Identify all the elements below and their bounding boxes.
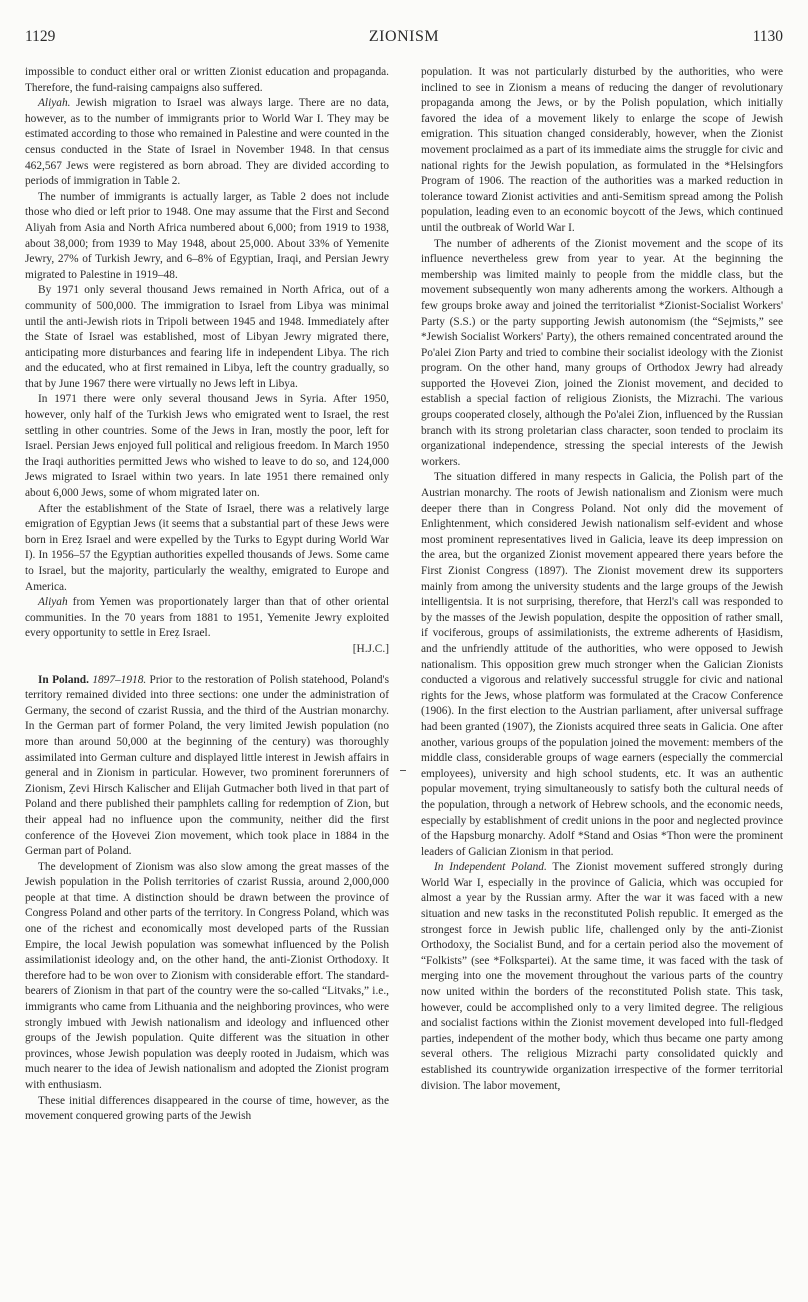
paragraph: The development of Zionism was also slow… bbox=[25, 860, 389, 1094]
running-title: ZIONISM bbox=[25, 28, 783, 46]
paragraph: In Independent Poland. The Zionist movem… bbox=[421, 860, 783, 1094]
paragraph: impossible to conduct either oral or wri… bbox=[25, 65, 389, 96]
run-in-heading: Aliyah bbox=[38, 596, 68, 608]
run-in-heading: In Independent Poland. bbox=[434, 861, 547, 873]
paragraph: Aliyah. Jewish migration to Israel was a… bbox=[25, 96, 389, 190]
paragraph: After the establishment of the State of … bbox=[25, 502, 389, 596]
paragraph: The number of immigrants is actually lar… bbox=[25, 190, 389, 284]
paragraph: In 1971 there were only several thousand… bbox=[25, 392, 389, 501]
paragraph: Aliyah from Yemen was proportionately la… bbox=[25, 595, 389, 642]
section-paragraph: In Poland. 1897–1918. Prior to the resto… bbox=[25, 673, 389, 860]
margin-mark bbox=[400, 770, 406, 771]
period-subheading: 1897–1918. bbox=[89, 674, 146, 686]
run-in-heading: Aliyah. bbox=[38, 97, 70, 109]
right-column: population. It was not particularly dist… bbox=[421, 65, 783, 1094]
page-header: 1129 ZIONISM 1130 bbox=[25, 28, 783, 52]
left-column: impossible to conduct either oral or wri… bbox=[25, 65, 389, 1125]
page-number-right: 1130 bbox=[753, 28, 783, 46]
author-signature: [H.J.C.] bbox=[25, 642, 389, 658]
paragraph: The situation differed in many respects … bbox=[421, 470, 783, 860]
paragraph: These initial differences disappeared in… bbox=[25, 1094, 389, 1125]
paragraph: The number of adherents of the Zionist m… bbox=[421, 237, 783, 471]
paragraph: By 1971 only several thousand Jews remai… bbox=[25, 283, 389, 392]
paragraph: population. It was not particularly dist… bbox=[421, 65, 783, 237]
section-heading: In Poland. bbox=[38, 674, 89, 686]
